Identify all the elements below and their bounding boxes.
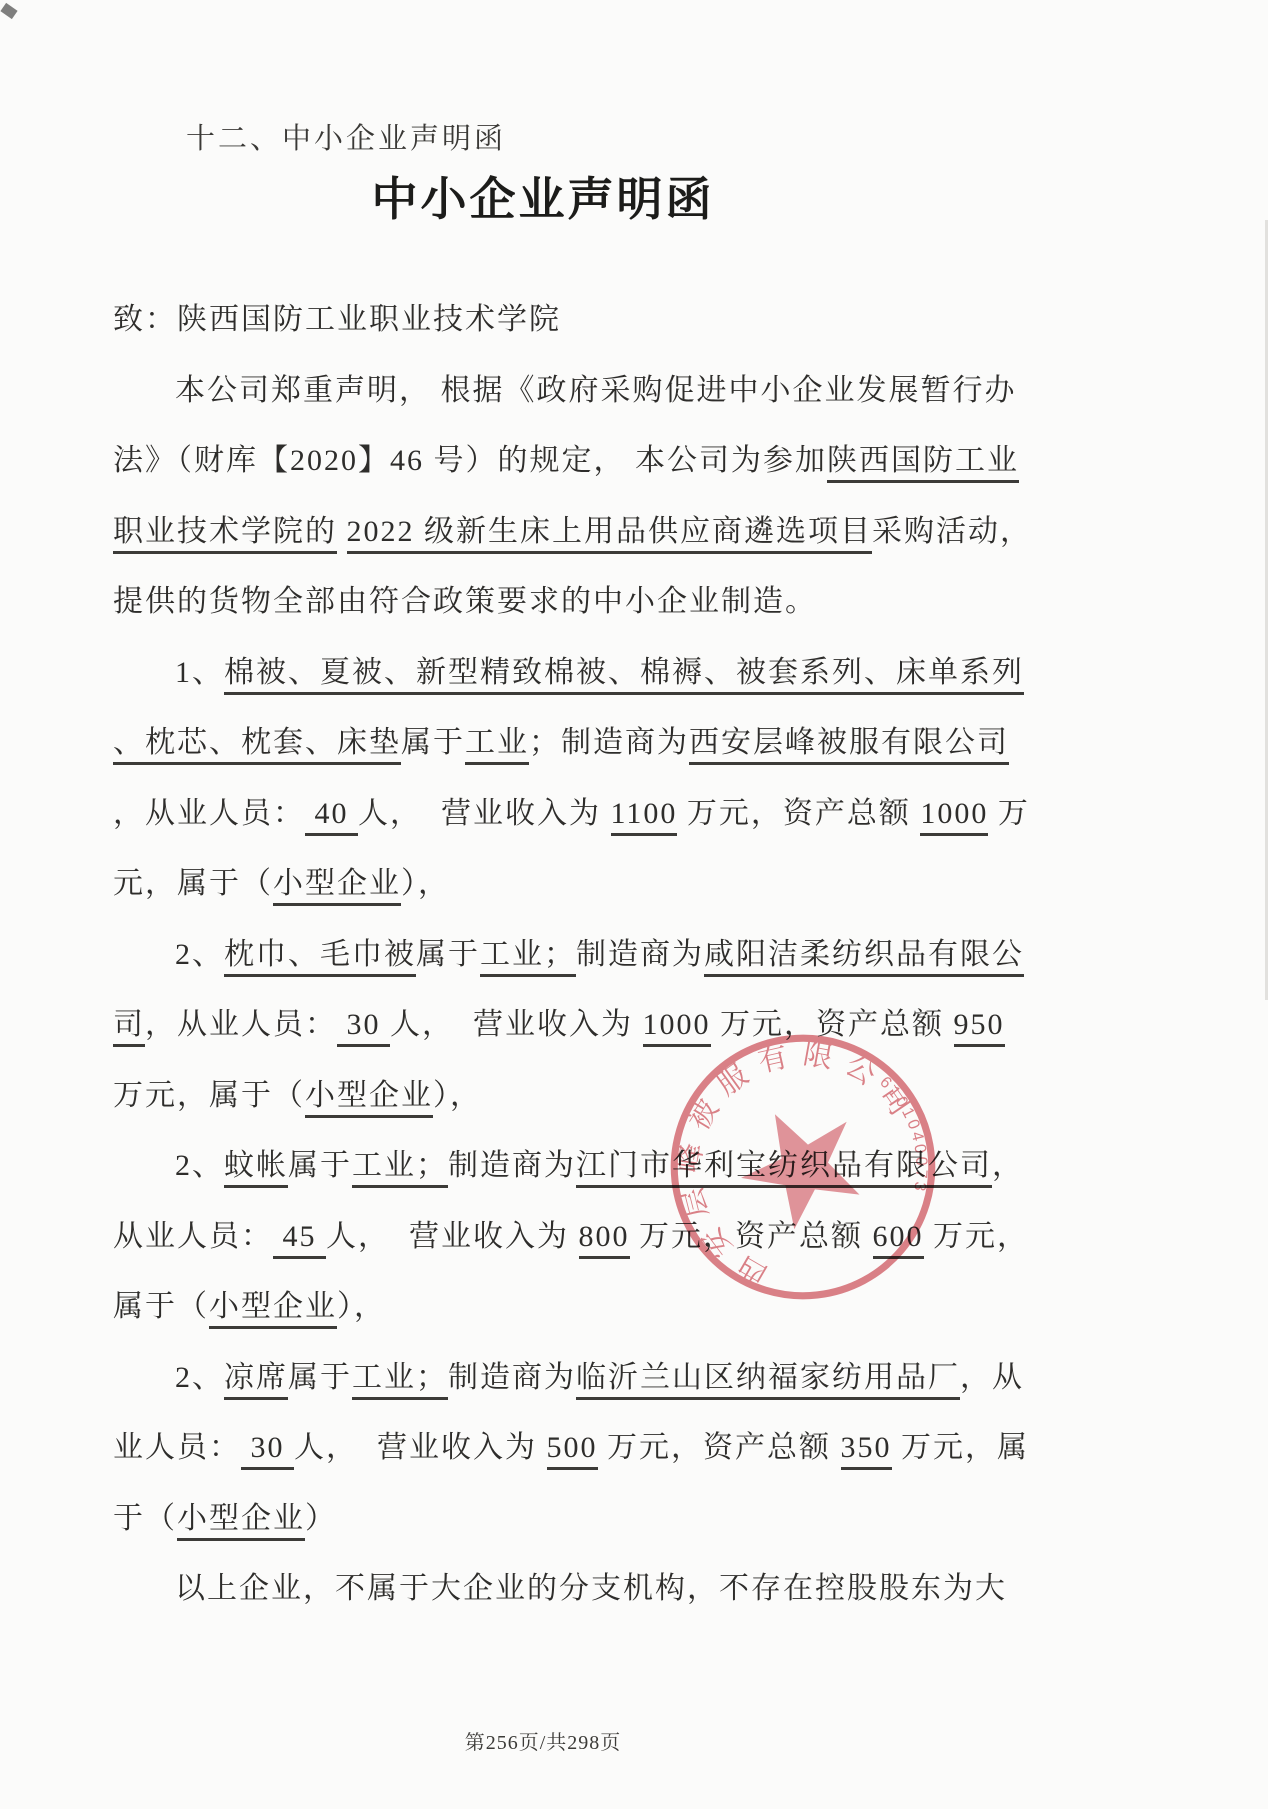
plain-text: 法》（财库【2020】46 号）的规定， 本公司为参加 xyxy=(113,444,827,477)
text-line: 本公司郑重声明， 根据《政府采购促进中小企业发展暂行办 xyxy=(113,356,1173,427)
underlined-text: 小型企业 xyxy=(177,1502,305,1541)
plain-text: 提供的货物全部由符合政策要求的中小企业制造。 xyxy=(113,585,817,618)
plain-text: 万 xyxy=(988,797,1030,830)
text-line: 2、凉席属于工业；制造商为临沂兰山区纳福家纺用品厂，从 xyxy=(113,1343,1173,1414)
document-page: 十二、中小企业声明函 中小企业声明函 致：陕西国防工业职业技术学院本公司郑重声明… xyxy=(0,0,1268,1809)
plain-text xyxy=(337,515,347,548)
plain-text: 致：陕西国防工业职业技术学院 xyxy=(113,303,561,336)
underlined-text: 2022 级新生床上用品供应商遴选项目 xyxy=(347,515,873,554)
underlined-text: 小型企业 xyxy=(273,867,401,906)
plain-text: 万元，属 xyxy=(892,1431,1030,1464)
plain-text: 1、 xyxy=(175,656,224,689)
text-line: 从业人员： 45 人， 营业收入为 800 万元，资产总额 600 万元， xyxy=(113,1202,1173,1273)
plain-text: ）， xyxy=(401,867,450,900)
plain-text: 2、 xyxy=(175,938,224,971)
plain-text: ， xyxy=(992,1149,1024,1182)
plain-text: 本公司郑重声明， 根据《政府采购促进中小企业发展暂行办 xyxy=(175,374,1017,407)
plain-text: 属于 xyxy=(416,938,480,971)
letter-body: 致：陕西国防工业职业技术学院本公司郑重声明， 根据《政府采购促进中小企业发展暂行… xyxy=(113,285,1173,1625)
company-seal-stamp: 西安层峰被服有限公司 6101040073 xyxy=(656,1020,950,1314)
scan-artifact xyxy=(0,3,17,19)
underlined-text: 小型企业 xyxy=(305,1079,433,1118)
underlined-text: 、枕芯、枕套、床垫 xyxy=(113,726,401,765)
underlined-text: 500 xyxy=(547,1431,598,1470)
underlined-text: 350 xyxy=(841,1431,892,1470)
plain-text: 属于 xyxy=(401,726,465,759)
underlined-text: 30 xyxy=(337,1008,390,1047)
underlined-text: 800 xyxy=(579,1220,630,1259)
underlined-text: 凉席 xyxy=(224,1361,288,1400)
underlined-text: 1000 xyxy=(920,797,988,836)
underlined-text: 工业； xyxy=(352,1149,448,1188)
text-line: 元，属于（小型企业）， xyxy=(113,849,1173,920)
text-line: 以上企业，不属于大企业的分支机构，不存在控股股东为大 xyxy=(113,1554,1173,1625)
plain-text: 制造商为 xyxy=(448,1149,576,1182)
underlined-text: 30 xyxy=(241,1431,294,1470)
underlined-text: 陕西国防工业 xyxy=(827,444,1019,483)
text-line: 法》（财库【2020】46 号）的规定， 本公司为参加陕西国防工业 xyxy=(113,426,1173,497)
plain-text: ；制造商为 xyxy=(529,726,689,759)
plain-text: 制造商为 xyxy=(576,938,704,971)
plain-text: 属于（ xyxy=(113,1290,209,1323)
plain-text: 2、 xyxy=(175,1361,224,1394)
underlined-text: 咸阳洁柔纺织品有限公 xyxy=(704,938,1024,977)
plain-text: 以上企业，不属于大企业的分支机构，不存在控股股东为大 xyxy=(175,1572,1007,1605)
underlined-text: 司 xyxy=(113,1008,145,1047)
plain-text: 万元，资产总额 xyxy=(598,1431,841,1464)
plain-text: 万元，属于（ xyxy=(113,1079,305,1112)
underlined-text: 临沂兰山区纳福家纺用品厂 xyxy=(576,1361,960,1400)
underlined-text: 工业； xyxy=(352,1361,448,1400)
plain-text: 属于 xyxy=(288,1149,352,1182)
text-line: 2、蚊帐属于工业；制造商为江门市华利宝纺织品有限公司， xyxy=(113,1131,1173,1202)
plain-text: ，从 xyxy=(960,1361,1024,1394)
text-line: 、枕芯、枕套、床垫属于工业；制造商为西安层峰被服有限公司 xyxy=(113,708,1173,779)
plain-text: 制造商为 xyxy=(448,1361,576,1394)
underlined-text: 枕巾、毛巾被 xyxy=(224,938,416,977)
text-line: 致：陕西国防工业职业技术学院 xyxy=(113,285,1173,356)
page-title: 中小企业声明函 xyxy=(113,163,973,229)
text-line: 提供的货物全部由符合政策要求的中小企业制造。 xyxy=(113,567,1173,638)
underlined-text: 工业； xyxy=(480,938,576,977)
underlined-text: 1100 xyxy=(611,797,678,836)
plain-text: 于（ xyxy=(113,1502,177,1535)
plain-text: 人， 营业收入为 xyxy=(358,797,611,830)
plain-text: 人， 营业收入为 xyxy=(326,1220,579,1253)
underlined-text: 工业 xyxy=(465,726,529,765)
underlined-text: 45 xyxy=(273,1220,326,1259)
plain-text: 业人员： xyxy=(113,1431,241,1464)
plain-text: ）， xyxy=(337,1290,386,1323)
page-number: 第256页/共298页 xyxy=(113,1726,973,1755)
underlined-text: 职业技术学院的 xyxy=(113,515,337,554)
plain-text: ，从业人员： xyxy=(113,797,305,830)
section-heading: 十二、中小企业声明函 xyxy=(186,116,506,157)
underlined-text: 950 xyxy=(954,1008,1005,1047)
plain-text: ） xyxy=(305,1502,337,1535)
text-line: 属于（小型企业）， xyxy=(113,1272,1173,1343)
plain-text: 元，属于（ xyxy=(113,867,273,900)
plain-text: 从业人员： xyxy=(113,1220,273,1253)
underlined-text: 蚊帐 xyxy=(224,1149,288,1188)
plain-text: 属于 xyxy=(288,1361,352,1394)
plain-text: 万元，资产总额 xyxy=(677,797,920,830)
plain-text: 人， 营业收入为 xyxy=(294,1431,547,1464)
underlined-text: 棉被、夏被、新型精致棉被、棉褥、被套系列、床单系列 xyxy=(224,656,1024,695)
underlined-text: 40 xyxy=(305,797,358,836)
text-line: 业人员： 30 人， 营业收入为 500 万元，资产总额 350 万元，属 xyxy=(113,1413,1173,1484)
plain-text: 人， 营业收入为 xyxy=(390,1008,643,1041)
plain-text: ，从业人员： xyxy=(145,1008,337,1041)
text-line: 司，从业人员： 30 人， 营业收入为 1000 万元，资产总额 950 xyxy=(113,990,1173,1061)
star-icon xyxy=(722,1086,880,1240)
underlined-text: 小型企业 xyxy=(209,1290,337,1329)
text-line: 1、棉被、夏被、新型精致棉被、棉褥、被套系列、床单系列 xyxy=(113,638,1173,709)
plain-text: 2、 xyxy=(175,1149,224,1182)
underlined-text: 西安层峰被服有限公司 xyxy=(689,726,1009,765)
text-line: 万元，属于（小型企业）， xyxy=(113,1061,1173,1132)
plain-text: 采购活动， xyxy=(872,515,1032,548)
text-line: 2、枕巾、毛巾被属于工业；制造商为咸阳洁柔纺织品有限公 xyxy=(113,920,1173,991)
text-line: ，从业人员： 40 人， 营业收入为 1100 万元，资产总额 1000 万 xyxy=(113,779,1173,850)
plain-text: ）， xyxy=(433,1079,482,1112)
text-line: 职业技术学院的 2022 级新生床上用品供应商遴选项目采购活动， xyxy=(113,497,1173,568)
text-line: 于（小型企业） xyxy=(113,1484,1173,1555)
